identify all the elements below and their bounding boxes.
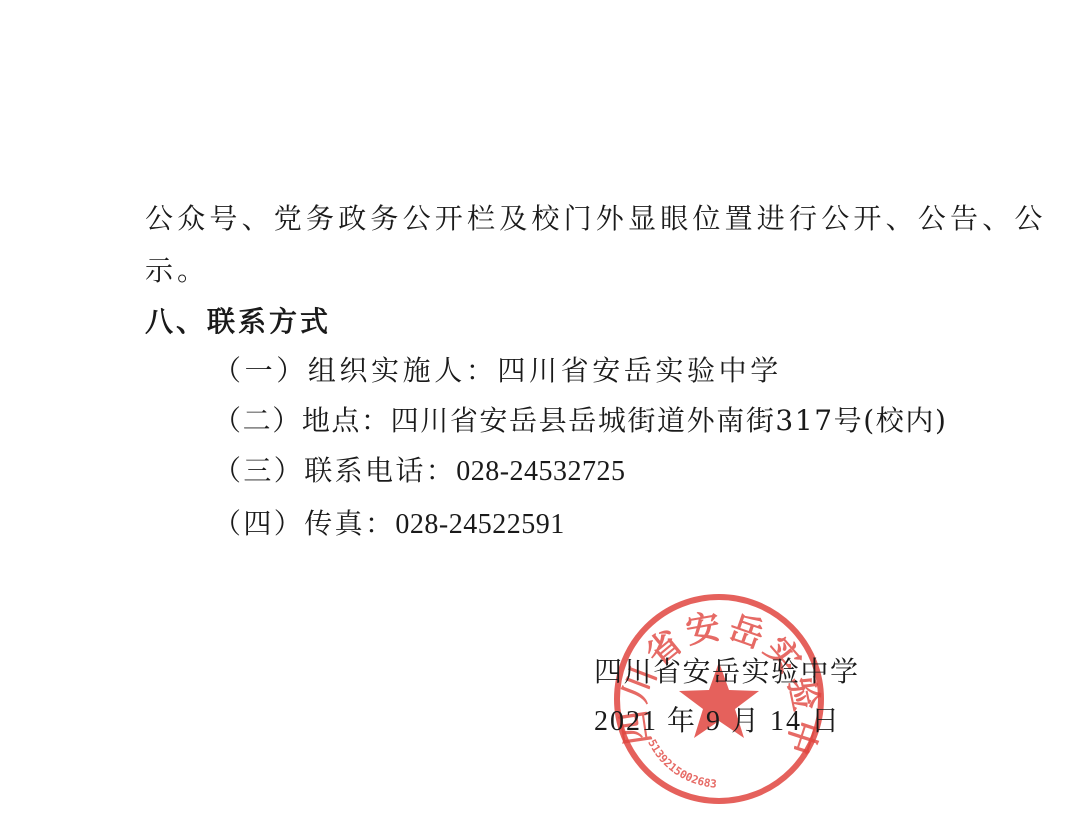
item-marker: （四） xyxy=(213,507,304,540)
phone-number: 028-24532725 xyxy=(456,456,625,487)
signature-organization: 四川省安岳实验中学 xyxy=(594,655,860,689)
item-marker: （二） xyxy=(213,404,302,437)
official-seal: 四川省安岳实验中学 5139215002683 xyxy=(612,592,826,806)
contact-item-organizer: （一）组织实施人：四川省安岳实验中学 xyxy=(213,354,782,388)
item-marker: （三） xyxy=(213,454,304,487)
item-label: 联系电话： xyxy=(304,454,456,487)
seal-icon: 四川省安岳实验中学 5139215002683 xyxy=(612,592,826,806)
contact-item-address: （二）地点：四川省安岳县岳城街道外南街317号(校内) xyxy=(213,404,948,438)
fax-number: 028-24522591 xyxy=(395,509,564,540)
item-value: 四川省安岳实验中学 xyxy=(497,354,781,387)
contact-item-phone: （三）联系电话：028-24532725 xyxy=(213,454,626,489)
paragraph-line-2: 示。 xyxy=(145,254,209,288)
paragraph-line-1: 公众号、党务政务公开栏及校门外显眼位置进行公开、公告、公 xyxy=(145,202,1047,236)
item-value: 四川省安岳县岳城街道外南街317号(校内) xyxy=(391,404,948,437)
item-label: 传真： xyxy=(304,507,395,540)
item-marker: （一） xyxy=(213,354,308,387)
contact-item-fax: （四）传真：028-24522591 xyxy=(213,507,565,542)
section-heading-contact: 八、联系方式 xyxy=(145,305,331,339)
signature-date: 2021 年 9 月 14 日 xyxy=(594,705,841,739)
item-label: 组织实施人： xyxy=(308,354,498,387)
item-label: 地点： xyxy=(302,404,391,437)
